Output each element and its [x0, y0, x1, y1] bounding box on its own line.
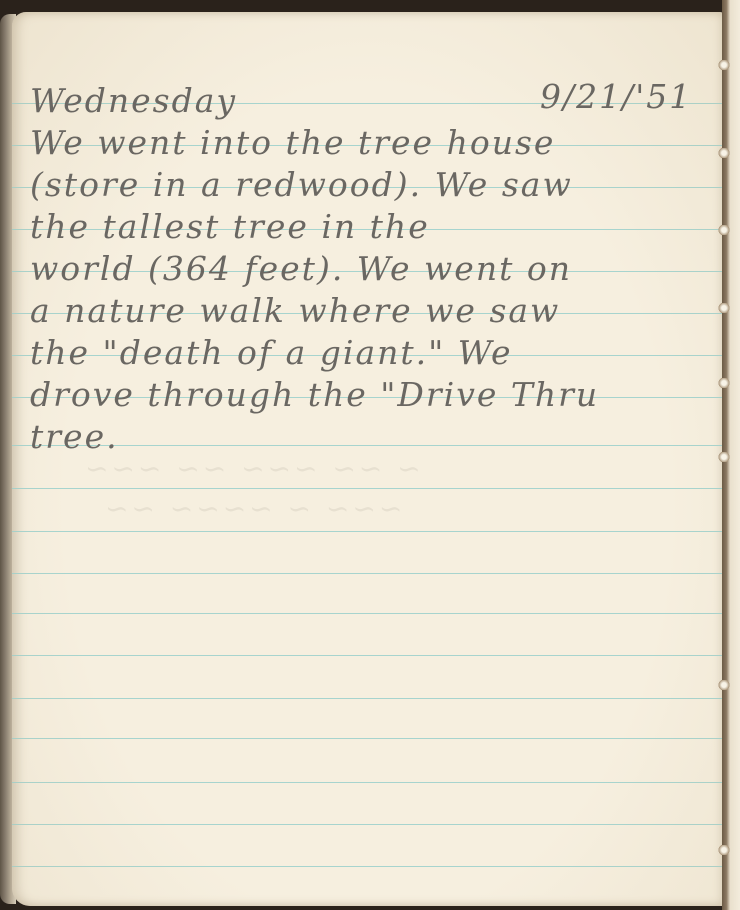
entry-line: (store in a redwood). We saw	[30, 164, 573, 206]
entry-line: tree.	[30, 416, 119, 458]
binding-hole	[718, 225, 730, 235]
ruled-line	[12, 866, 724, 867]
binding-hole	[718, 148, 730, 158]
ruled-line	[12, 655, 724, 656]
binding-hole	[718, 378, 730, 388]
ruled-line	[12, 488, 724, 489]
bleed-through-text: ~~~ ~ ~~~~ ~~	[102, 492, 402, 525]
binding-hole	[718, 680, 730, 690]
ruled-line	[12, 531, 724, 532]
entry-line: drove through the "Drive Thru	[30, 374, 599, 416]
entry-date: 9/21/'51	[540, 76, 692, 118]
ruled-line	[12, 613, 724, 614]
entry-line: We went into the tree house	[30, 122, 555, 164]
binding-hole	[718, 845, 730, 855]
entry-line: world (364 feet). We went on	[30, 248, 572, 290]
entry-line: a nature walk where we saw	[30, 290, 560, 332]
entry-day: Wednesday	[30, 80, 237, 122]
entry-line: the "death of a giant." We	[30, 332, 513, 374]
binding-hole	[718, 452, 730, 462]
ruled-line	[12, 445, 724, 446]
bleed-through-text: ~ ~~ ~~~ ~~ ~~~	[82, 452, 421, 485]
ruled-line	[12, 698, 724, 699]
ruled-line	[12, 738, 724, 739]
ruled-line	[12, 824, 724, 825]
binding-hole	[718, 60, 730, 70]
ruled-line	[12, 782, 724, 783]
binding-hole	[718, 303, 730, 313]
entry-line: the tallest tree in the	[30, 206, 430, 248]
ruled-line	[12, 573, 724, 574]
notebook: ~ ~~ ~~~ ~~ ~~~ ~~~ ~ ~~~~ ~~ Wednesday …	[0, 0, 740, 910]
